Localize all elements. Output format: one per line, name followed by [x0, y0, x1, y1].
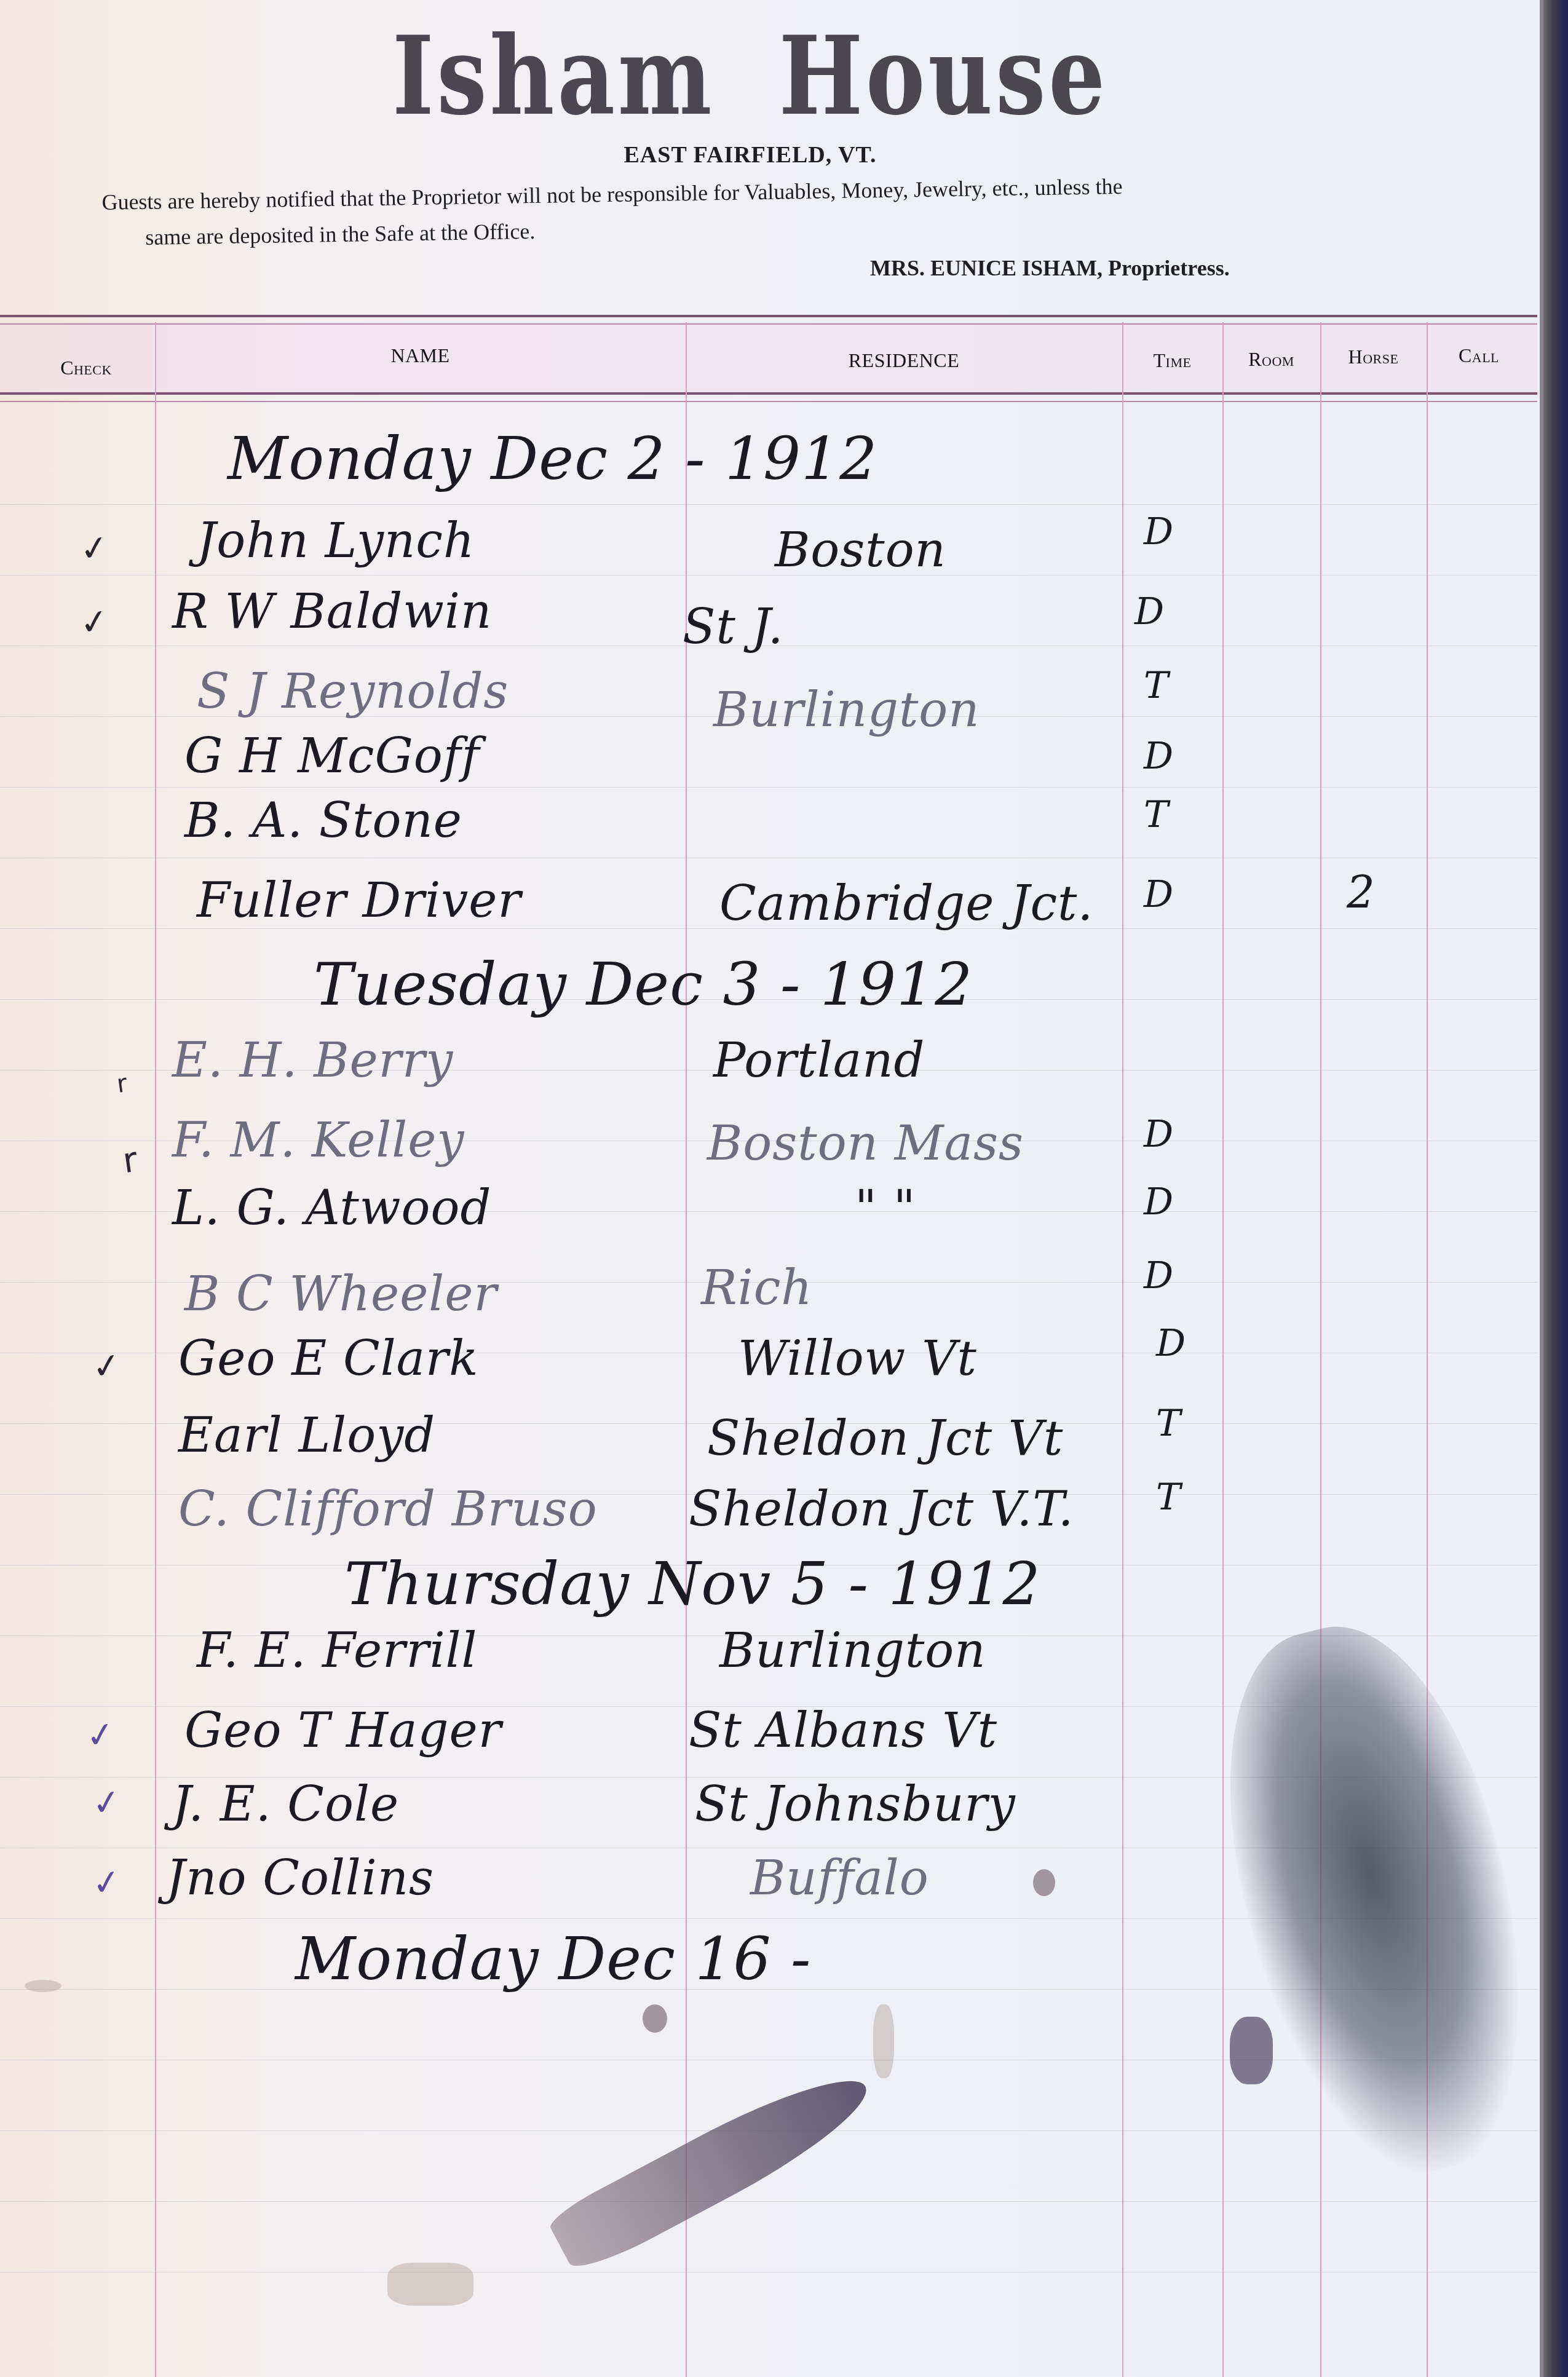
water-stain: [25, 1980, 61, 1992]
hotel-location: EAST FAIRFIELD, VT.: [0, 141, 1500, 168]
column-divider: [1222, 322, 1224, 2377]
guest-name: J. E. Cole: [172, 1777, 399, 1832]
row-line: [0, 504, 1537, 505]
guest-name: Jno Collins: [166, 1851, 434, 1906]
guest-time: D: [1144, 1181, 1174, 1224]
guest-name: S J Reynolds: [197, 664, 509, 719]
guest-name: L. G. Atwood: [172, 1181, 491, 1236]
ink-blot: [643, 2004, 667, 2033]
book-binding: [1543, 0, 1568, 2377]
guest-residence: St J.: [683, 599, 784, 655]
proprietor-line: MRS. EUNICE ISHAM, Proprietress.: [870, 255, 1230, 281]
check-mark: ✓: [90, 1345, 124, 1388]
guest-time: D: [1144, 510, 1174, 553]
date-heading: Tuesday Dec 3 - 1912: [314, 950, 973, 1019]
water-stain: [387, 2263, 473, 2306]
hotel-title: Isham House: [135, 12, 1366, 140]
row-line: [0, 2272, 1537, 2272]
header-rule-bottom: [0, 392, 1537, 402]
guest-residence: St Albans Vt: [689, 1703, 997, 1758]
proprietor-title: Proprietress.: [1108, 256, 1230, 280]
guest-name: R W Baldwin: [172, 584, 492, 639]
guest-name: F. E. Ferrill: [197, 1623, 478, 1679]
guest-name: Fuller Driver: [197, 873, 521, 928]
date-heading: Thursday Nov 5 - 1912: [344, 1549, 1041, 1618]
ink-blot: [1033, 1869, 1055, 1896]
check-mark: ✓: [77, 601, 112, 644]
proprietor-name: MRS. EUNICE ISHAM,: [870, 256, 1103, 280]
guest-residence: Boston Mass: [707, 1116, 1024, 1171]
guest-horse: 2: [1347, 867, 1376, 919]
check-mark: ✓: [77, 527, 112, 571]
date-heading: Monday Dec 2 - 1912: [228, 424, 877, 493]
ink-blot: [1230, 2017, 1273, 2084]
column-header-time: Time: [1122, 349, 1222, 372]
guest-name: F. M. Kelley: [172, 1113, 464, 1168]
guest-time: D: [1144, 735, 1174, 778]
guest-name: Geo E Clark: [178, 1331, 479, 1386]
column-header-horse: Horse: [1320, 346, 1427, 368]
guest-time: T: [1144, 664, 1169, 707]
guest-residence: Sheldon Jct Vt: [707, 1411, 1063, 1466]
guest-residence: Portland: [713, 1033, 925, 1088]
guest-time: T: [1144, 793, 1169, 836]
guest-time: T: [1156, 1476, 1181, 1519]
ink-drip: [873, 2004, 894, 2078]
row-line: [0, 858, 1537, 858]
guest-name: B. A. Stone: [184, 793, 462, 848]
column-header-call: Call: [1427, 344, 1531, 367]
date-heading: Monday Dec 16 -: [295, 1924, 812, 1993]
guest-residence: Burlington: [713, 682, 980, 738]
guest-time: D: [1144, 1113, 1174, 1156]
guest-name: C. Clifford Bruso: [178, 1482, 598, 1537]
column-header-room: Room: [1222, 348, 1320, 371]
guest-time: D: [1156, 1322, 1186, 1365]
guest-name: Geo T Hager: [184, 1703, 502, 1758]
column-divider: [155, 322, 156, 2377]
guest-residence: Cambridge Jct.: [719, 876, 1093, 931]
guest-name: E. H. Berry: [172, 1033, 453, 1088]
column-header-name: NAME: [155, 344, 686, 367]
guest-name: B C Wheeler: [184, 1267, 497, 1322]
guest-residence: Rich: [701, 1260, 813, 1316]
check-mark: ✓: [84, 1714, 118, 1757]
guest-residence: Sheldon Jct V.T.: [689, 1482, 1074, 1537]
guest-name: Earl Lloyd: [178, 1408, 435, 1463]
column-divider: [1122, 322, 1123, 2377]
check-mark: ✓: [90, 1861, 124, 1905]
header-rule-top: [0, 315, 1537, 325]
column-header-residence: RESIDENCE: [686, 349, 1122, 372]
check-mark: ✓: [90, 1781, 124, 1825]
guest-time: D: [1144, 873, 1174, 916]
guest-name: John Lynch: [197, 513, 475, 569]
row-line: [0, 787, 1537, 788]
guest-time: T: [1156, 1402, 1181, 1445]
guest-residence: Burlington: [719, 1623, 986, 1679]
guest-residence: Willow Vt: [738, 1331, 977, 1386]
guest-residence: Buffalo: [750, 1851, 929, 1906]
row-line: [0, 575, 1537, 575]
row-line: [0, 2201, 1537, 2202]
guest-time: D: [1144, 1254, 1174, 1297]
guest-time: D: [1134, 590, 1165, 633]
guest-residence: " ": [855, 1181, 916, 1236]
guest-residence: St Johnsbury: [695, 1777, 1016, 1832]
column-header-check: Check: [25, 357, 148, 379]
guest-name: G H McGoff: [184, 729, 480, 784]
guest-residence: Boston: [775, 523, 946, 578]
